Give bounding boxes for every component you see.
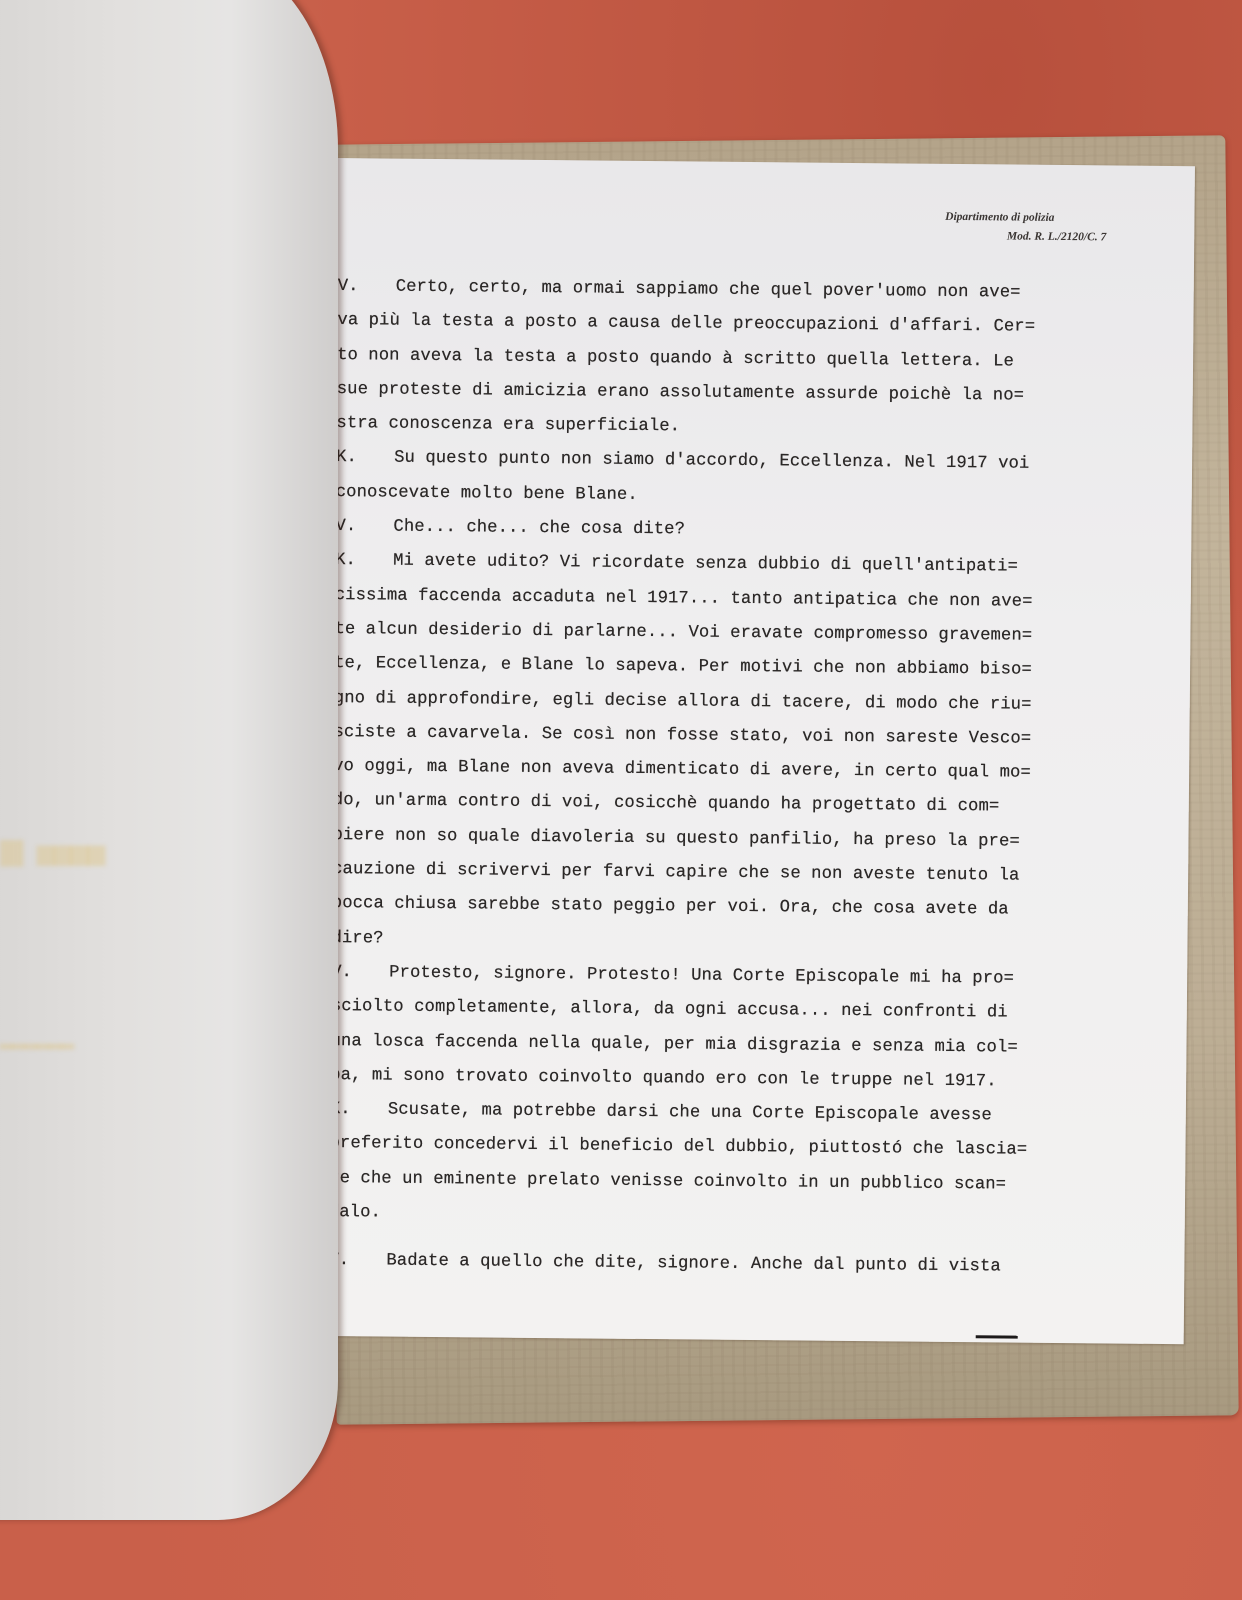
- typed-dialogue: V.Certo, certo, ma ormai sappiamo che qu…: [328, 270, 1188, 1287]
- line-text: sue proteste di amicizia erano assolutam…: [337, 380, 1024, 406]
- line-text: vo oggi, ma Blane non aveva dimenticato …: [333, 757, 1031, 783]
- bleed-through-mark: █▌ ▆▆▆▆: [0, 840, 105, 866]
- speaker-label: K.: [335, 544, 393, 579]
- department-label: Dipartimento di polizia: [945, 208, 1054, 228]
- form-code: Mod. R. L./2120/C. 7: [945, 227, 1106, 248]
- line-text: sciolto completamente, allora, da ogni a…: [331, 997, 1008, 1022]
- line-text: te, Eccellenza, e Blane lo sapeva. Per m…: [334, 654, 1032, 680]
- left-page: █▌ ▆▆▆▆ ▂▂▂▂▂▂: [0, 0, 338, 1520]
- line-text: Su questo punto non siamo d'accordo, Ecc…: [394, 449, 1029, 474]
- page-bottom-mark: [976, 1335, 1018, 1338]
- speaker-label: V.: [338, 270, 396, 305]
- line-text: Certo, certo, ma ormai sappiamo che quel…: [396, 278, 1021, 303]
- line-text: bocca chiusa sarebbe stato peggio per vo…: [332, 894, 1009, 919]
- speaker-label: K.: [330, 1093, 388, 1128]
- line-text: sciste a cavarvela. Se così non fosse st…: [333, 723, 1031, 749]
- line-text: to non aveva la testa a posto quando à s…: [337, 346, 1014, 371]
- line-text: Che... che... che cosa dite?: [393, 518, 685, 540]
- line-text: re che un eminente prelato venisse coinv…: [329, 1169, 1006, 1194]
- line-text: Scusate, ma potrebbe darsi che una Corte…: [388, 1101, 992, 1126]
- line-text: te alcun desiderio di parlarne... Voi er…: [334, 620, 1032, 646]
- line-text: va più la testa a posto a causa delle pr…: [337, 311, 1035, 337]
- line-text: piere non so quale diavoleria su questo …: [332, 826, 1019, 852]
- speaker-label: K.: [336, 442, 394, 477]
- bleed-through-mark: ▂▂▂▂▂▂: [0, 1030, 74, 1050]
- line-text: dire?: [331, 929, 383, 948]
- speaker-label: V.: [331, 956, 389, 991]
- line-text: cauzione di scrivervi per farvi capire c…: [332, 860, 1019, 886]
- speaker-label: V.: [335, 510, 393, 545]
- sheet-header: Dipartimento di polizia Mod. R. L./2120/…: [945, 208, 1107, 248]
- line-text: una losca faccenda nella quale, per mia …: [330, 1032, 1017, 1058]
- line-text: preferito concedervi il beneficio del du…: [329, 1134, 1027, 1160]
- line-text: conoscevate molto bene Blane.: [336, 483, 638, 505]
- line-text: Protesto, signore. Protesto! Una Corte E…: [389, 963, 1014, 988]
- line-text: Badate a quello che dite, signore. Anche…: [386, 1252, 1001, 1277]
- typed-sheet: Dipartimento di polizia Mod. R. L./2120/…: [324, 158, 1195, 1344]
- typed-line: V.Badate a quello che dite, signore. Anc…: [328, 1244, 1178, 1286]
- line-text: Mi avete udito? Vi ricordate senza dubbi…: [393, 552, 1018, 577]
- line-text: cissima faccenda accaduta nel 1917... ta…: [335, 586, 1033, 612]
- line-text: do, un'arma contro di voi, cosicchè quan…: [333, 791, 1000, 816]
- line-text: stra conoscenza era superficiale.: [336, 414, 680, 436]
- line-text: pa, mi sono trovato coinvolto quando ero…: [330, 1066, 997, 1091]
- line-text: gno di approfondire, egli decise allora …: [334, 689, 1032, 715]
